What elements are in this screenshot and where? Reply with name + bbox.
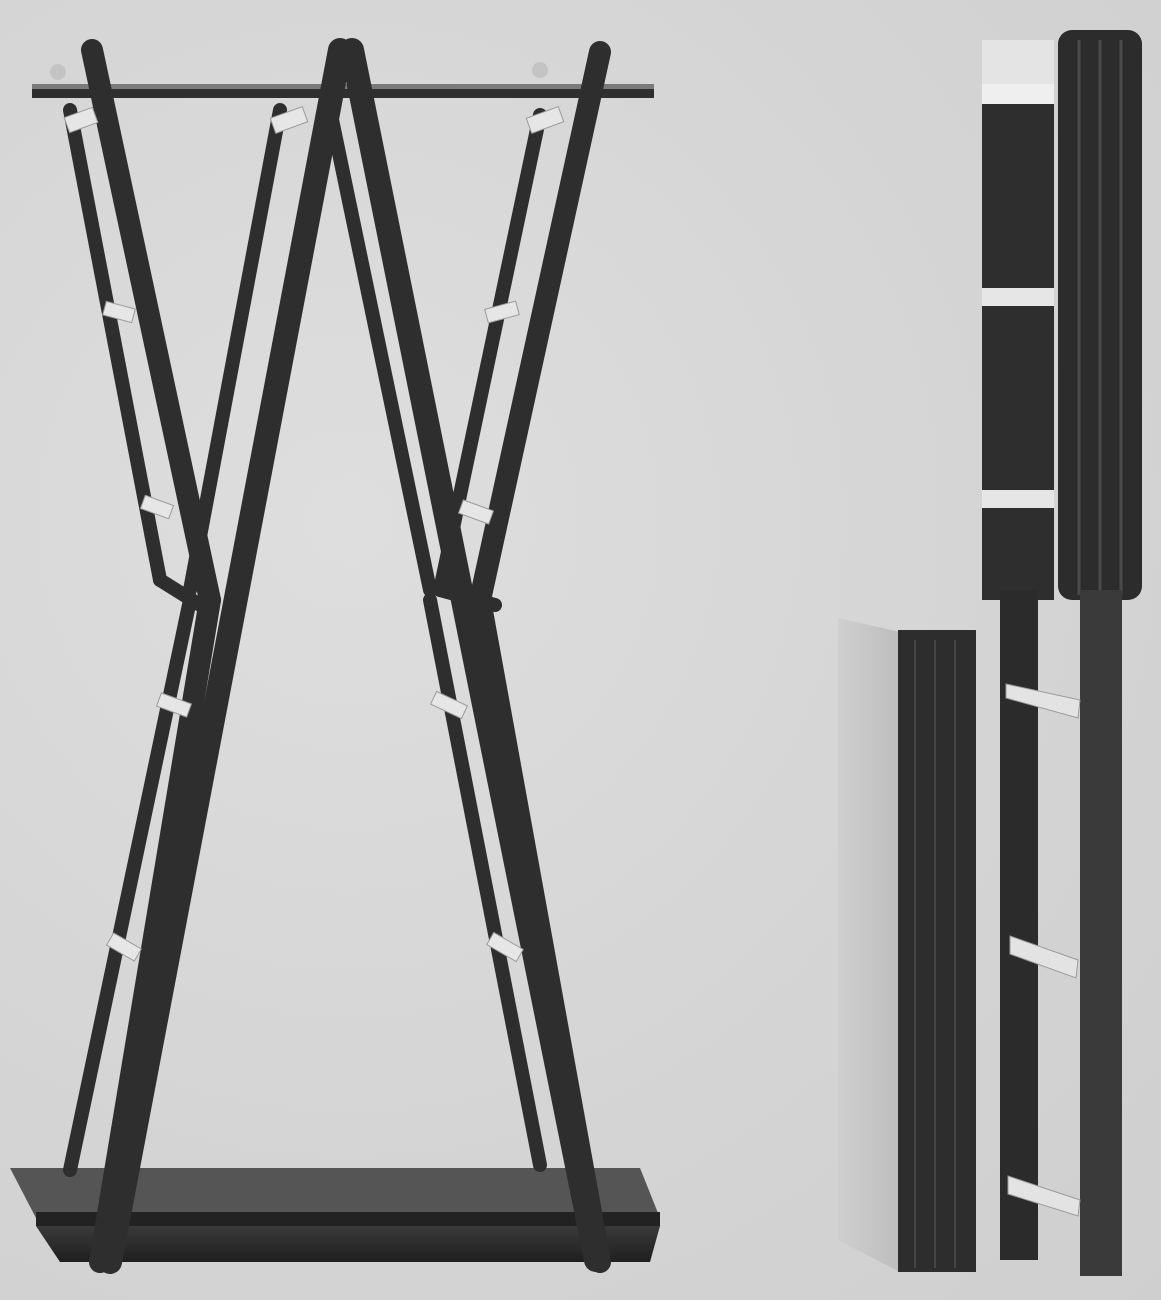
photo-drawing bbox=[0, 0, 1161, 1300]
furniture-photograph bbox=[0, 0, 1161, 1300]
fluted-column bbox=[1058, 30, 1142, 1276]
dark-folded-panel bbox=[898, 630, 976, 1272]
side-panel bbox=[838, 618, 900, 1272]
folded-coat-rack bbox=[838, 30, 1142, 1276]
x-frame-coat-rack bbox=[10, 50, 660, 1262]
